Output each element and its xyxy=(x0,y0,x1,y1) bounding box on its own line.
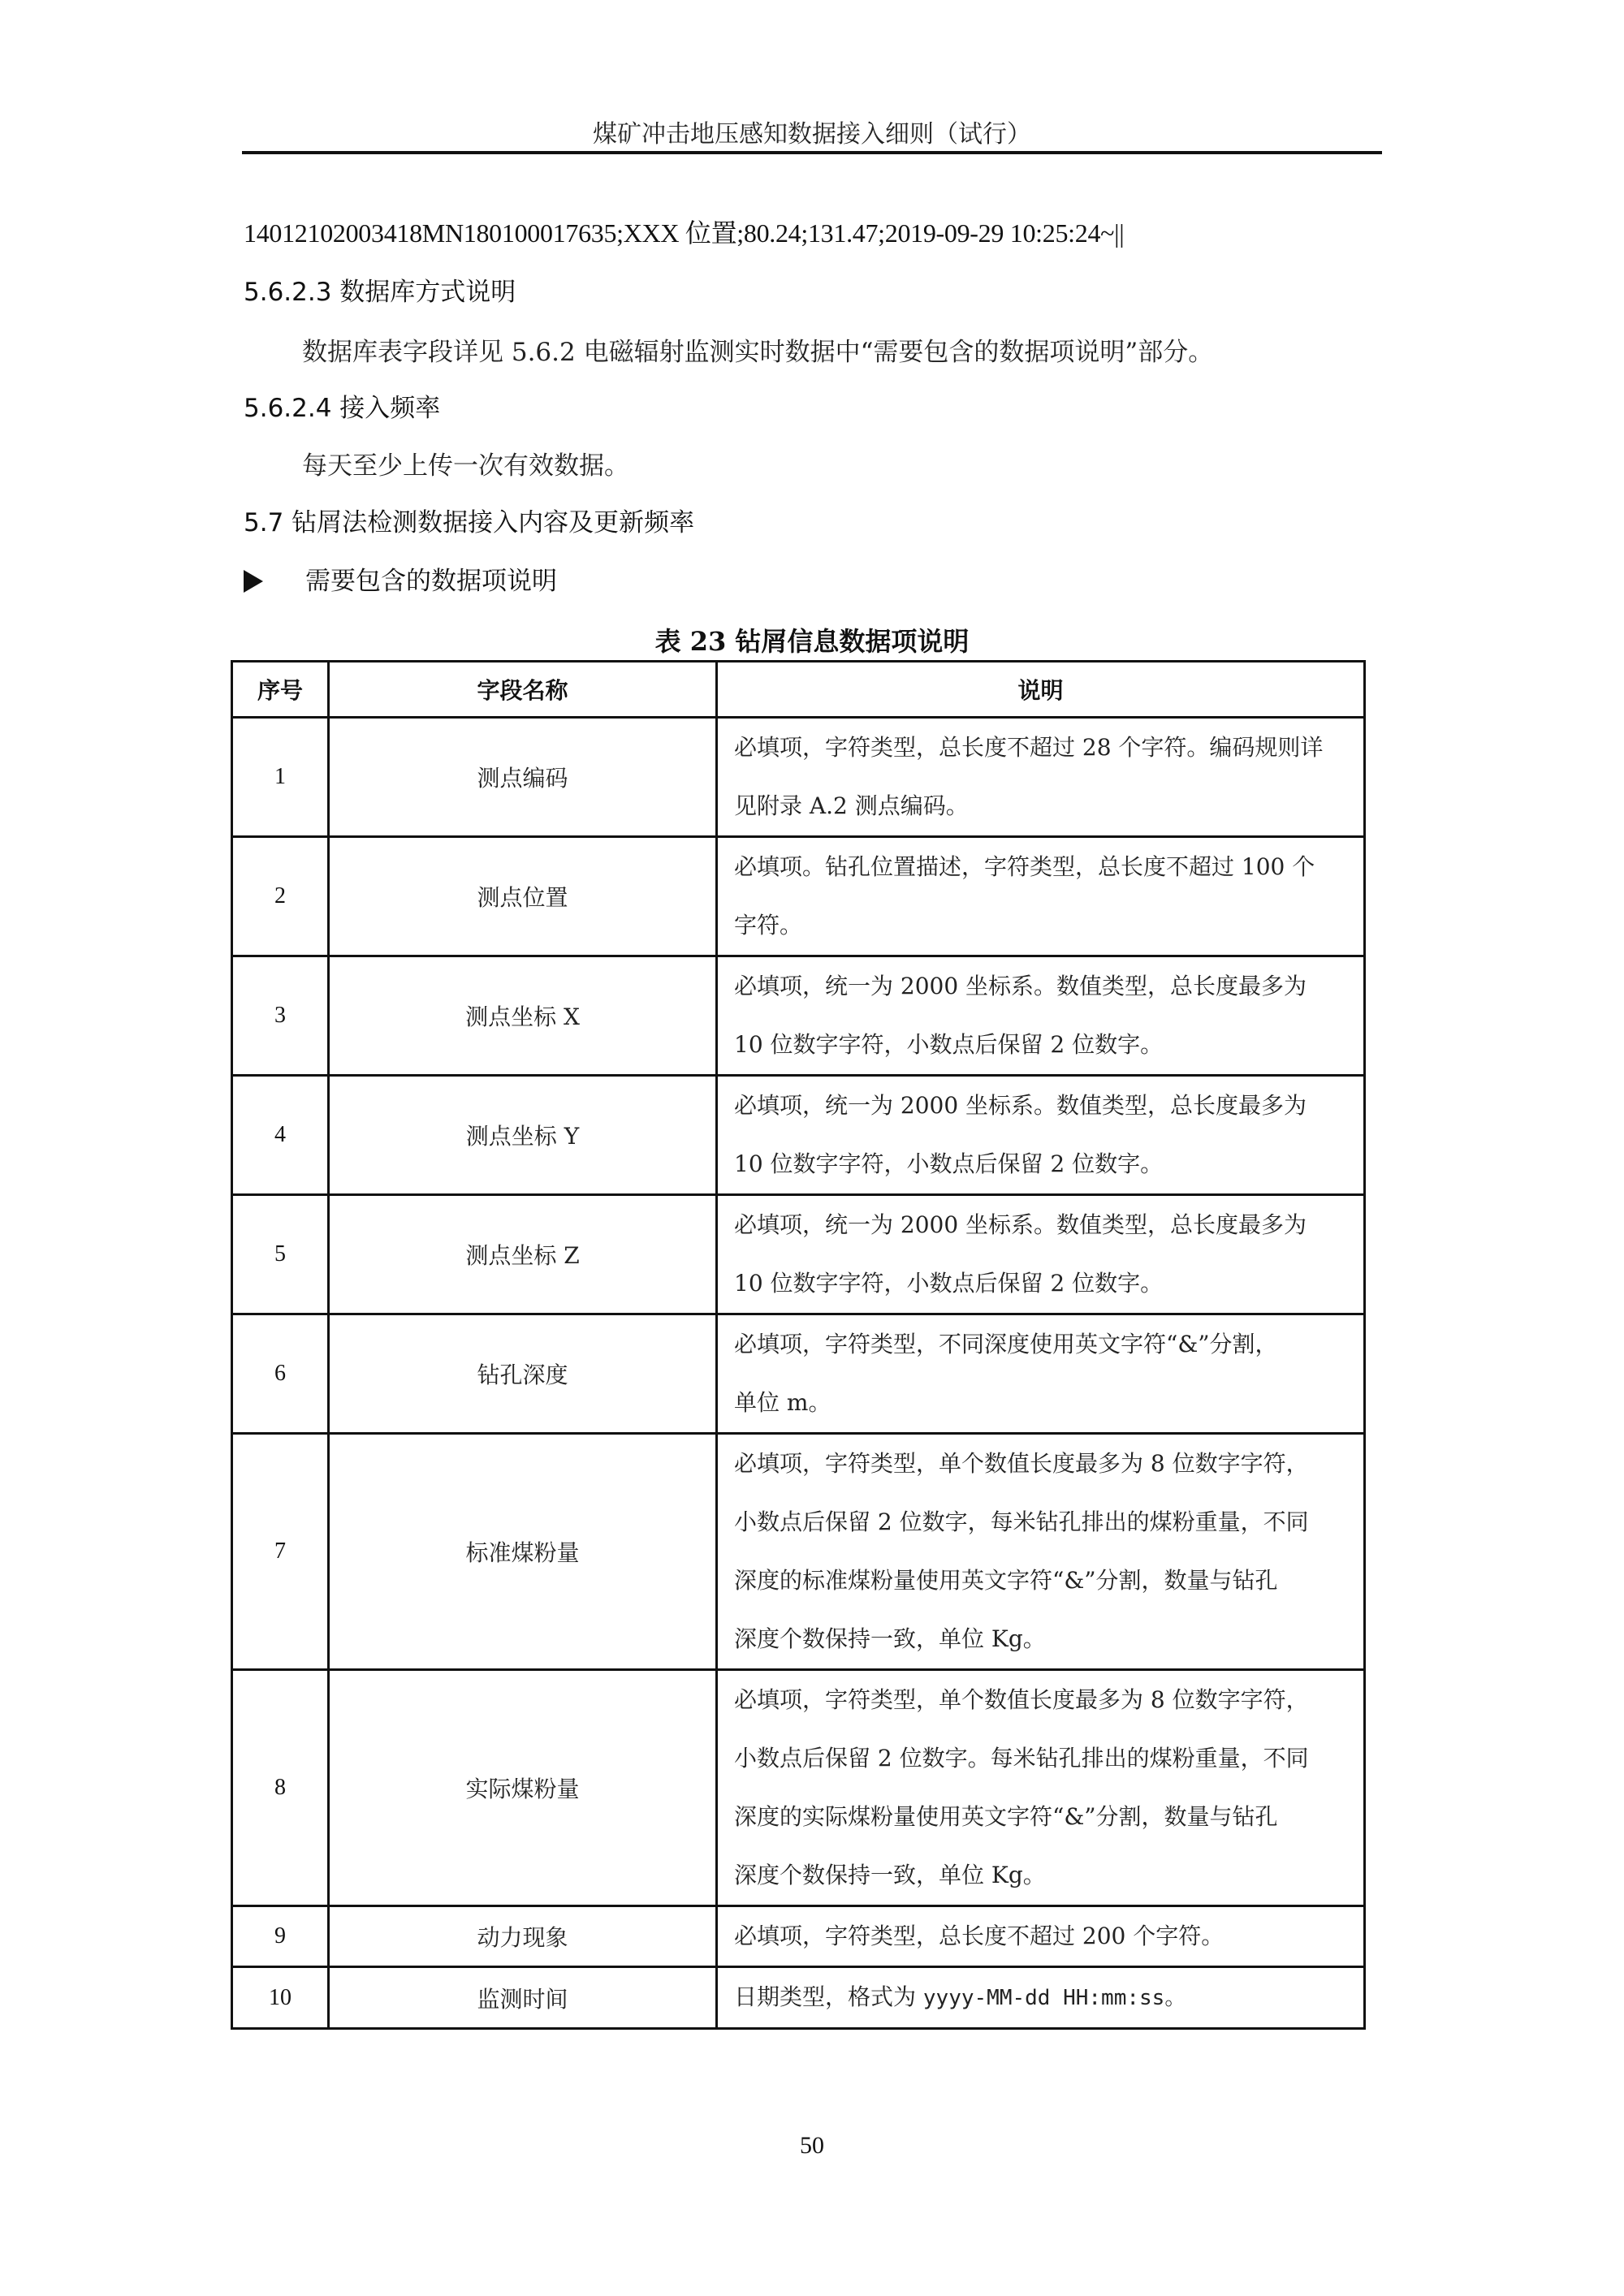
table-caption: 表 23 钻屑信息数据项说明 xyxy=(0,621,1624,658)
field-name: 动力现象 xyxy=(329,1906,717,1967)
row-number: 10 xyxy=(232,1967,329,2029)
table-row: 1 测点编码 必填项，字符类型，总长度不超过 28 个字符。编码规则详 见附录 … xyxy=(232,718,1365,837)
column-header-no: 序号 xyxy=(232,662,329,718)
bullet-item: 需要包含的数据项说明 xyxy=(244,560,557,597)
desc-line: 单位 m。 xyxy=(734,1374,1352,1432)
field-name: 测点坐标 Z xyxy=(329,1195,717,1314)
table-row: 9 动力现象 必填项，字符类型，总长度不超过 200 个字符。 xyxy=(232,1906,1365,1967)
table-row: 4 测点坐标 Y 必填项，统一为 2000 坐标系。数值类型，总长度最多为 10… xyxy=(232,1076,1365,1195)
row-number: 4 xyxy=(232,1076,329,1195)
desc-line: 必填项，字符类型，不同深度使用英文字符“&”分割， xyxy=(734,1315,1352,1374)
field-description: 必填项，字符类型，单个数值长度最多为 8 位数字字符， 小数点后保留 2 位数字… xyxy=(717,1434,1365,1670)
desc-line: 必填项，统一为 2000 坐标系。数值类型，总长度最多为 xyxy=(734,1077,1352,1135)
desc-prefix: 日期类型，格式为 xyxy=(734,1983,923,2010)
table-row: 5 测点坐标 Z 必填项，统一为 2000 坐标系。数值类型，总长度最多为 10… xyxy=(232,1195,1365,1314)
desc-line: 深度个数保持一致，单位 Kg。 xyxy=(734,1846,1352,1905)
field-name: 标准煤粉量 xyxy=(329,1434,717,1670)
field-description: 必填项，统一为 2000 坐标系。数值类型，总长度最多为 10 位数字字符，小数… xyxy=(717,1195,1365,1314)
field-description: 必填项，统一为 2000 坐标系。数值类型，总长度最多为 10 位数字字符，小数… xyxy=(717,956,1365,1076)
desc-line: 小数点后保留 2 位数字。每米钻孔排出的煤粉重量，不同 xyxy=(734,1729,1352,1788)
arrowhead-bullet-icon xyxy=(244,570,263,593)
row-number: 1 xyxy=(232,718,329,837)
field-name: 测点坐标 X xyxy=(329,956,717,1076)
desc-line: 必填项，统一为 2000 坐标系。数值类型，总长度最多为 xyxy=(734,1196,1352,1254)
page-number: 50 xyxy=(0,2132,1624,2160)
data-item-table: 序号 字段名称 说明 1 测点编码 必填项，字符类型，总长度不超过 28 个字符… xyxy=(231,660,1366,2030)
table-row: 2 测点位置 必填项。钻孔位置描述，字符类型，总长度不超过 100 个 字符。 xyxy=(232,837,1365,956)
desc-line: 必填项。钻孔位置描述，字符类型，总长度不超过 100 个 xyxy=(734,838,1352,896)
field-description: 必填项，字符类型，单个数值长度最多为 8 位数字字符， 小数点后保留 2 位数字… xyxy=(717,1670,1365,1906)
desc-line: 深度的标准煤粉量使用英文字符“&”分割，数量与钻孔 xyxy=(734,1552,1352,1610)
row-number: 9 xyxy=(232,1906,329,1967)
header-rule xyxy=(242,151,1382,154)
table-row: 3 测点坐标 X 必填项，统一为 2000 坐标系。数值类型，总长度最多为 10… xyxy=(232,956,1365,1076)
field-description: 必填项，字符类型，不同深度使用英文字符“&”分割， 单位 m。 xyxy=(717,1314,1365,1434)
row-number: 5 xyxy=(232,1195,329,1314)
field-name: 监测时间 xyxy=(329,1967,717,2029)
field-description: 必填项，统一为 2000 坐标系。数值类型，总长度最多为 10 位数字字符，小数… xyxy=(717,1076,1365,1195)
desc-line: 字符。 xyxy=(734,896,1352,955)
row-number: 2 xyxy=(232,837,329,956)
column-header-field: 字段名称 xyxy=(329,662,717,718)
section-heading-5-7: 5.7 钻屑法检测数据接入内容及更新频率 xyxy=(244,502,694,538)
field-description: 必填项。钻孔位置描述，字符类型，总长度不超过 100 个 字符。 xyxy=(717,837,1365,956)
table-row: 6 钻孔深度 必填项，字符类型，不同深度使用英文字符“&”分割， 单位 m。 xyxy=(232,1314,1365,1434)
field-name: 测点位置 xyxy=(329,837,717,956)
field-name: 钻孔深度 xyxy=(329,1314,717,1434)
row-number: 6 xyxy=(232,1314,329,1434)
desc-line: 小数点后保留 2 位数字，每米钻孔排出的煤粉重量，不同 xyxy=(734,1493,1352,1552)
desc-line: 10 位数字字符，小数点后保留 2 位数字。 xyxy=(734,1135,1352,1193)
desc-line: 见附录 A.2 测点编码。 xyxy=(734,777,1352,835)
field-name: 测点坐标 Y xyxy=(329,1076,717,1195)
desc-line: 必填项，统一为 2000 坐标系。数值类型，总长度最多为 xyxy=(734,957,1352,1016)
field-description: 必填项，字符类型，总长度不超过 200 个字符。 xyxy=(717,1906,1365,1967)
desc-line: 必填项，字符类型，单个数值长度最多为 8 位数字字符， xyxy=(734,1671,1352,1729)
page-header: 煤矿冲击地压感知数据接入细则（试行） xyxy=(0,114,1624,149)
column-header-desc: 说明 xyxy=(717,662,1365,718)
desc-line: 深度的实际煤粉量使用英文字符“&”分割，数量与钻孔 xyxy=(734,1788,1352,1846)
desc-line: 日期类型，格式为 yyyy-MM-dd HH:mm:ss。 xyxy=(734,1968,1352,2027)
table-row: 8 实际煤粉量 必填项，字符类型，单个数值长度最多为 8 位数字字符， 小数点后… xyxy=(232,1670,1365,1906)
desc-line: 10 位数字字符，小数点后保留 2 位数字。 xyxy=(734,1016,1352,1074)
row-number: 3 xyxy=(232,956,329,1076)
section-paragraph-5-6-2-3: 数据库表字段详见 5.6.2 电磁辐射监测实时数据中“需要包含的数据项说明”部分… xyxy=(302,331,1213,368)
desc-line: 必填项，字符类型，单个数值长度最多为 8 位数字字符， xyxy=(734,1435,1352,1493)
date-format-text: yyyy-MM-dd HH:mm:ss。 xyxy=(923,1986,1186,2010)
desc-line: 10 位数字字符，小数点后保留 2 位数字。 xyxy=(734,1254,1352,1313)
bullet-text: 需要包含的数据项说明 xyxy=(305,567,557,596)
field-description: 日期类型，格式为 yyyy-MM-dd HH:mm:ss。 xyxy=(717,1967,1365,2029)
section-heading-5-6-2-3: 5.6.2.3 数据库方式说明 xyxy=(244,271,516,308)
section-heading-5-6-2-4: 5.6.2.4 接入频率 xyxy=(244,387,440,424)
row-number: 7 xyxy=(232,1434,329,1670)
field-name: 实际煤粉量 xyxy=(329,1670,717,1906)
table-row: 10 监测时间 日期类型，格式为 yyyy-MM-dd HH:mm:ss。 xyxy=(232,1967,1365,2029)
desc-line: 必填项，字符类型，总长度不超过 28 个字符。编码规则详 xyxy=(734,719,1352,777)
desc-line: 深度个数保持一致，单位 Kg。 xyxy=(734,1610,1352,1668)
desc-line: 必填项，字符类型，总长度不超过 200 个字符。 xyxy=(734,1907,1352,1966)
example-data-line: 14012102003418MN180100017635;XXX 位置;80.2… xyxy=(244,213,1124,250)
row-number: 8 xyxy=(232,1670,329,1906)
field-name: 测点编码 xyxy=(329,718,717,837)
table-header-row: 序号 字段名称 说明 xyxy=(232,662,1365,718)
field-description: 必填项，字符类型，总长度不超过 28 个字符。编码规则详 见附录 A.2 测点编… xyxy=(717,718,1365,837)
section-paragraph-5-6-2-4: 每天至少上传一次有效数据。 xyxy=(302,445,629,481)
table-row: 7 标准煤粉量 必填项，字符类型，单个数值长度最多为 8 位数字字符， 小数点后… xyxy=(232,1434,1365,1670)
